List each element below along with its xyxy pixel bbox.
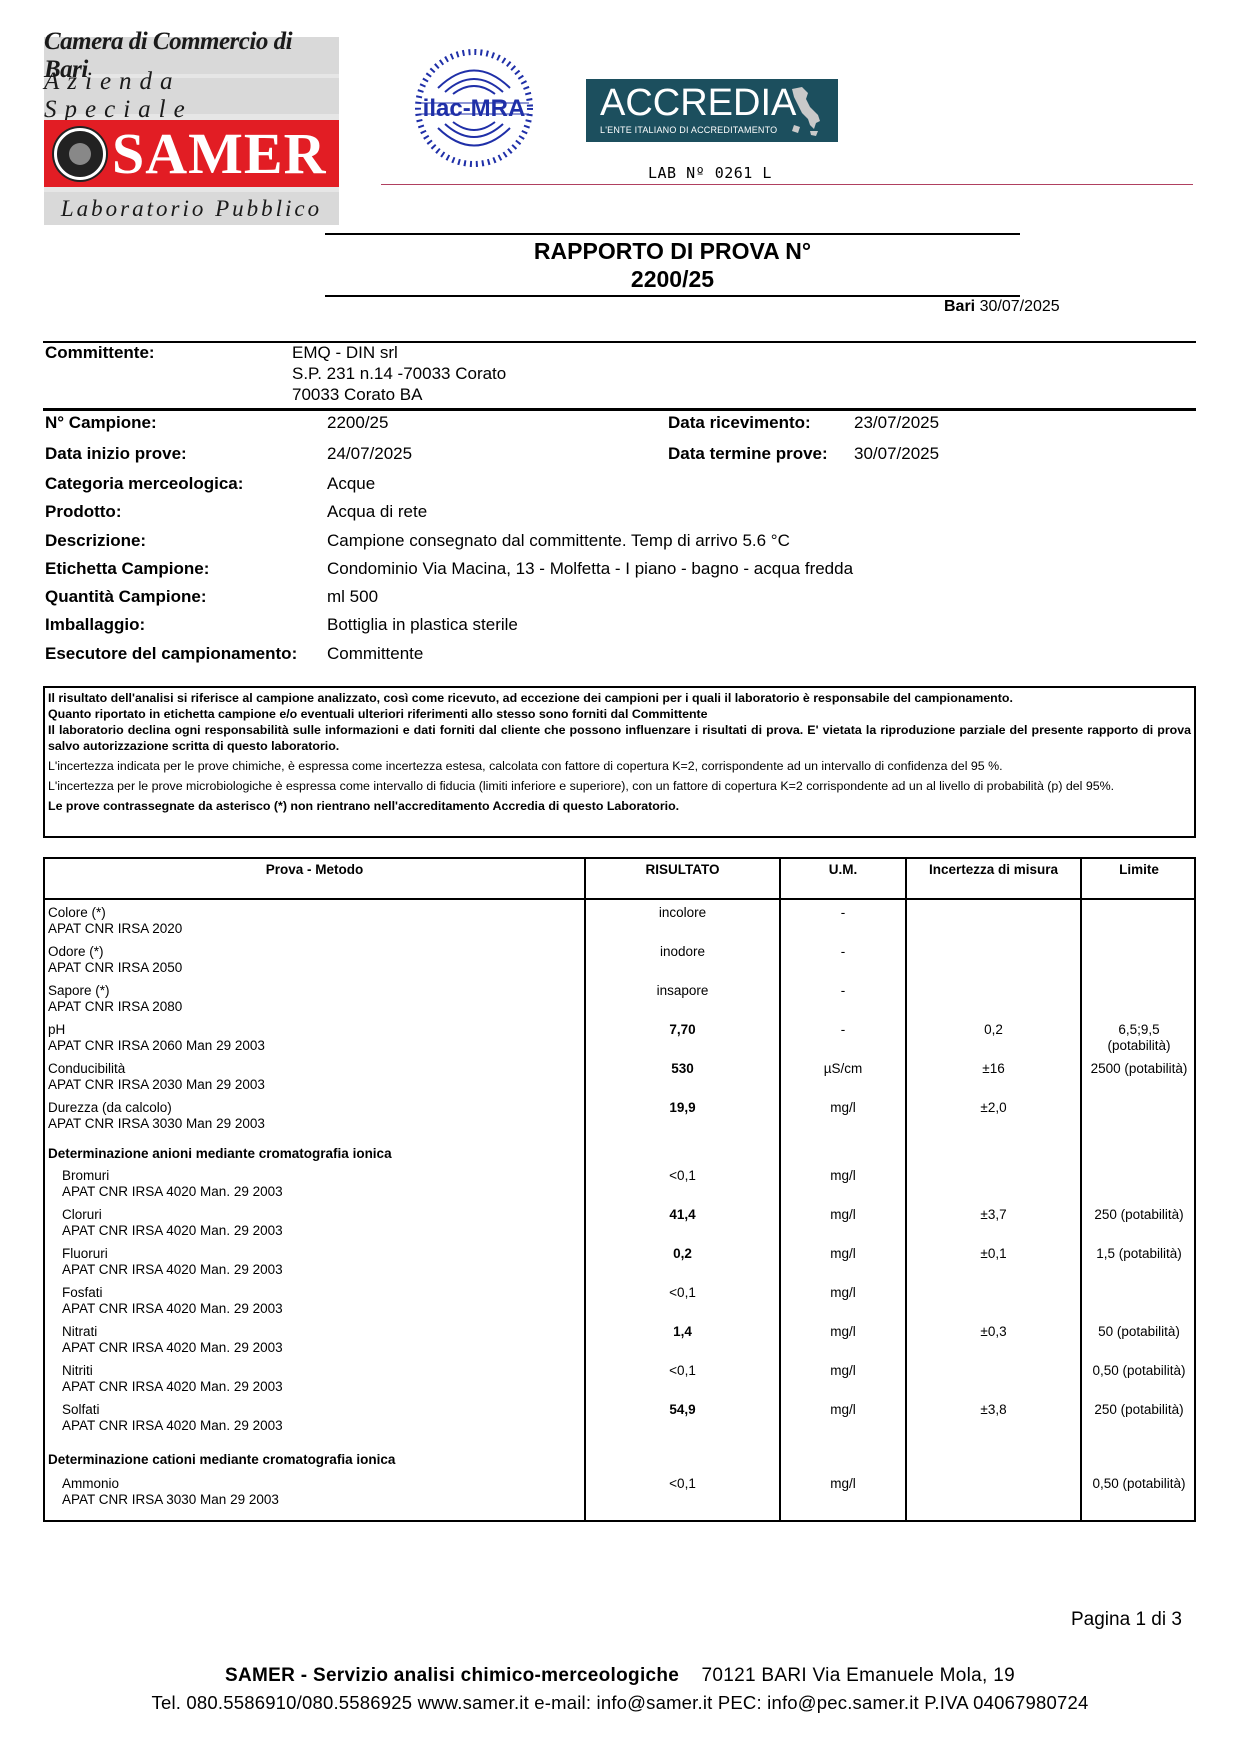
client-rule-top xyxy=(43,341,1196,343)
received-date: 23/07/2025 xyxy=(854,413,939,433)
disclaimer-box: Il risultato dell'analisi si riferisce a… xyxy=(43,686,1196,838)
limit-cell: 250 (potabilità) xyxy=(1082,1402,1196,1418)
uncertainty-cell: ±2,0 xyxy=(907,1100,1080,1116)
table-row-name: Sapore (*)APAT CNR IRSA 2080 xyxy=(48,983,182,1015)
logo-samer-band: SAMER xyxy=(44,120,339,187)
uncertainty-cell: ±3,7 xyxy=(907,1207,1080,1223)
svg-text:ilac-MRA: ilac-MRA xyxy=(423,95,526,122)
report-title-line1: RAPPORTO DI PROVA N° xyxy=(325,237,1020,265)
client-name: EMQ - DIN srl xyxy=(292,343,398,363)
col-divider xyxy=(1080,859,1082,1520)
table-row-name: SolfatiAPAT CNR IRSA 4020 Man. 29 2003 xyxy=(62,1402,283,1434)
col-header-result: RISULTATO xyxy=(586,862,779,877)
report-date: 30/07/2025 xyxy=(980,298,1060,315)
disclaimer-result: Il risultato dell'analisi si riferisce a… xyxy=(48,690,1191,706)
unit-cell: mg/l xyxy=(781,1363,905,1379)
unit-cell: mg/l xyxy=(781,1207,905,1223)
limit-cell: 250 (potabilità) xyxy=(1082,1207,1196,1223)
note-micro-uncertainty: L'incertezza per le prove microbiologich… xyxy=(48,778,1191,794)
end-date-label: Data termine prove: xyxy=(668,444,828,464)
sample-tag-label: Etichetta Campione: xyxy=(45,559,209,579)
limit-cell: 0,50 (potabilità) xyxy=(1082,1363,1196,1379)
client-rule-bottom xyxy=(43,408,1196,411)
place-date: Bari 30/07/2025 xyxy=(944,298,1060,316)
unit-cell: - xyxy=(781,944,905,960)
sample-tag-value: Condominio Via Macina, 13 - Molfetta - I… xyxy=(327,559,853,579)
table-row-name: pHAPAT CNR IRSA 2060 Man 29 2003 xyxy=(48,1022,265,1054)
sample-number-label: N° Campione: xyxy=(45,413,157,433)
group-title-cations: Determinazione cationi mediante cromatog… xyxy=(48,1452,395,1467)
category-value: Acque xyxy=(327,474,375,494)
col-header-test: Prova - Metodo xyxy=(45,862,584,877)
logo-line-azienda: Azienda Speciale xyxy=(44,78,339,114)
result-cell: 1,4 xyxy=(586,1324,779,1340)
result-cell: <0,1 xyxy=(586,1363,779,1379)
accredia-word: ACCREDIA xyxy=(600,82,796,125)
unit-cell: mg/l xyxy=(781,1246,905,1262)
limit-cell: 0,50 (potabilità) xyxy=(1082,1476,1196,1492)
product-value: Acqua di rete xyxy=(327,502,427,522)
result-cell: incolore xyxy=(586,905,779,921)
title-rule-top xyxy=(325,233,1020,235)
table-row-name: AmmonioAPAT CNR IRSA 3030 Man 29 2003 xyxy=(62,1476,279,1508)
client-address1: S.P. 231 n.14 -70033 Corato xyxy=(292,364,506,384)
sample-number: 2200/25 xyxy=(327,413,388,433)
table-row-name: Durezza (da calcolo)APAT CNR IRSA 3030 M… xyxy=(48,1100,265,1132)
accredia-logo: ACCREDIA L'ENTE ITALIANO DI ACCREDITAMEN… xyxy=(586,79,838,142)
uncertainty-cell: ±0,3 xyxy=(907,1324,1080,1340)
table-row-name: FluoruriAPAT CNR IRSA 4020 Man. 29 2003 xyxy=(62,1246,283,1278)
start-date-label: Data inizio prove: xyxy=(45,444,187,464)
italy-map-icon xyxy=(788,85,822,137)
col-divider xyxy=(905,859,907,1520)
client-address2: 70033 Corato BA xyxy=(292,385,422,405)
title-rule-bottom xyxy=(325,295,1020,297)
group-title-anions: Determinazione anioni mediante cromatogr… xyxy=(48,1146,392,1161)
footer-org-name: SAMER - xyxy=(225,1665,313,1686)
category-label: Categoria merceologica: xyxy=(45,474,243,494)
header-divider xyxy=(45,898,1194,900)
col-header-uncertainty: Incertezza di misura xyxy=(907,862,1080,877)
table-row-name: BromuriAPAT CNR IRSA 4020 Man. 29 2003 xyxy=(62,1168,283,1200)
sampler-label: Esecutore del campionamento: xyxy=(45,644,297,664)
sampler-value: Committente xyxy=(327,644,423,664)
accredia-subtitle: L'ENTE ITALIANO DI ACCREDITAMENTO xyxy=(600,125,777,135)
unit-cell: mg/l xyxy=(781,1476,905,1492)
client-label: Committente: xyxy=(45,343,155,363)
received-date-label: Data ricevimento: xyxy=(668,413,811,433)
packaging-value: Bottiglia in plastica sterile xyxy=(327,615,518,635)
footer-address: 70121 BARI Via Emanuele Mola, 19 xyxy=(702,1665,1015,1686)
start-date: 24/07/2025 xyxy=(327,444,412,464)
unit-cell: mg/l xyxy=(781,1100,905,1116)
table-row-name: NitratiAPAT CNR IRSA 4020 Man. 29 2003 xyxy=(62,1324,283,1356)
unit-cell: - xyxy=(781,1022,905,1038)
table-row-name: FosfatiAPAT CNR IRSA 4020 Man. 29 2003 xyxy=(62,1285,283,1317)
unit-cell: - xyxy=(781,905,905,921)
result-cell: 41,4 xyxy=(586,1207,779,1223)
result-cell: <0,1 xyxy=(586,1168,779,1184)
quantity-value: ml 500 xyxy=(327,587,378,607)
table-row-name: NitritiAPAT CNR IRSA 4020 Man. 29 2003 xyxy=(62,1363,283,1395)
header-divider xyxy=(381,184,1193,185)
description-value: Campione consegnato dal committente. Tem… xyxy=(327,531,790,551)
table-row-name: CloruriAPAT CNR IRSA 4020 Man. 29 2003 xyxy=(62,1207,283,1239)
col-header-unit: U.M. xyxy=(781,862,905,877)
table-row-name: ConducibilitàAPAT CNR IRSA 2030 Man 29 2… xyxy=(48,1061,265,1093)
uncertainty-cell: ±0,1 xyxy=(907,1246,1080,1262)
description-label: Descrizione: xyxy=(45,531,146,551)
result-cell: <0,1 xyxy=(586,1285,779,1301)
samer-logo: Camera di Commercio di Bari Azienda Spec… xyxy=(44,37,339,225)
uncertainty-cell: ±16 xyxy=(907,1061,1080,1077)
footer-org: SAMER - Servizio analisi chimico-merceol… xyxy=(0,1665,1240,1687)
logo-line-laboratorio: Laboratorio Pubblico xyxy=(44,192,339,225)
results-table: Prova - Metodo RISULTATO U.M. Incertezza… xyxy=(43,857,1196,1522)
result-cell: 530 xyxy=(586,1061,779,1077)
page-number: Pagina 1 di 3 xyxy=(1071,1609,1182,1631)
limit-cell: 1,5 (potabilità) xyxy=(1082,1246,1196,1262)
lab-number: LAB Nº 0261 L xyxy=(648,164,772,182)
ilac-mra-logo-icon: ilac-MRA xyxy=(413,48,535,168)
result-cell: 0,2 xyxy=(586,1246,779,1262)
note-asterisk: Le prove contrassegnate da asterisco (*)… xyxy=(48,798,1191,814)
table-row-name: Odore (*)APAT CNR IRSA 2050 xyxy=(48,944,182,976)
limit-cell: 50 (potabilità) xyxy=(1082,1324,1196,1340)
result-cell: inodore xyxy=(586,944,779,960)
result-cell: 19,9 xyxy=(586,1100,779,1116)
city: Bari xyxy=(944,298,975,315)
table-row-name: Colore (*)APAT CNR IRSA 2020 xyxy=(48,905,182,937)
logo-brand: SAMER xyxy=(112,125,326,183)
unit-cell: mg/l xyxy=(781,1324,905,1340)
result-cell: <0,1 xyxy=(586,1476,779,1492)
limit-cell: 6,5;9,5(potabilità) xyxy=(1082,1022,1196,1054)
packaging-label: Imballaggio: xyxy=(45,615,145,635)
result-cell: insapore xyxy=(586,983,779,999)
result-cell: 54,9 xyxy=(586,1402,779,1418)
unit-cell: - xyxy=(781,983,905,999)
end-date: 30/07/2025 xyxy=(854,444,939,464)
unit-cell: mg/l xyxy=(781,1168,905,1184)
product-label: Prodotto: xyxy=(45,502,121,522)
uncertainty-cell: ±3,8 xyxy=(907,1402,1080,1418)
col-header-limit: Limite xyxy=(1082,862,1196,877)
seal-icon xyxy=(54,128,106,180)
footer-contacts: Tel. 080.5586910/080.5586925 www.samer.i… xyxy=(0,1692,1240,1714)
unit-cell: mg/l xyxy=(781,1285,905,1301)
unit-cell: mg/l xyxy=(781,1402,905,1418)
footer-org-service: ervizio analisi chimico-merceologiche xyxy=(326,1665,679,1686)
unit-cell: µS/cm xyxy=(781,1061,905,1077)
report-title: RAPPORTO DI PROVA N° 2200/25 xyxy=(325,237,1020,293)
quantity-label: Quantità Campione: xyxy=(45,587,207,607)
report-number: 2200/25 xyxy=(325,265,1020,293)
uncertainty-cell: 0,2 xyxy=(907,1022,1080,1038)
disclaimer-liability: Il laboratorio declina ogni responsabili… xyxy=(48,722,1191,754)
note-chem-uncertainty: L'incertezza indicata per le prove chimi… xyxy=(48,758,1191,774)
disclaimer-label: Quanto riportato in etichetta campione e… xyxy=(48,706,1191,722)
result-cell: 7,70 xyxy=(586,1022,779,1038)
limit-cell: 2500 (potabilità) xyxy=(1082,1061,1196,1077)
